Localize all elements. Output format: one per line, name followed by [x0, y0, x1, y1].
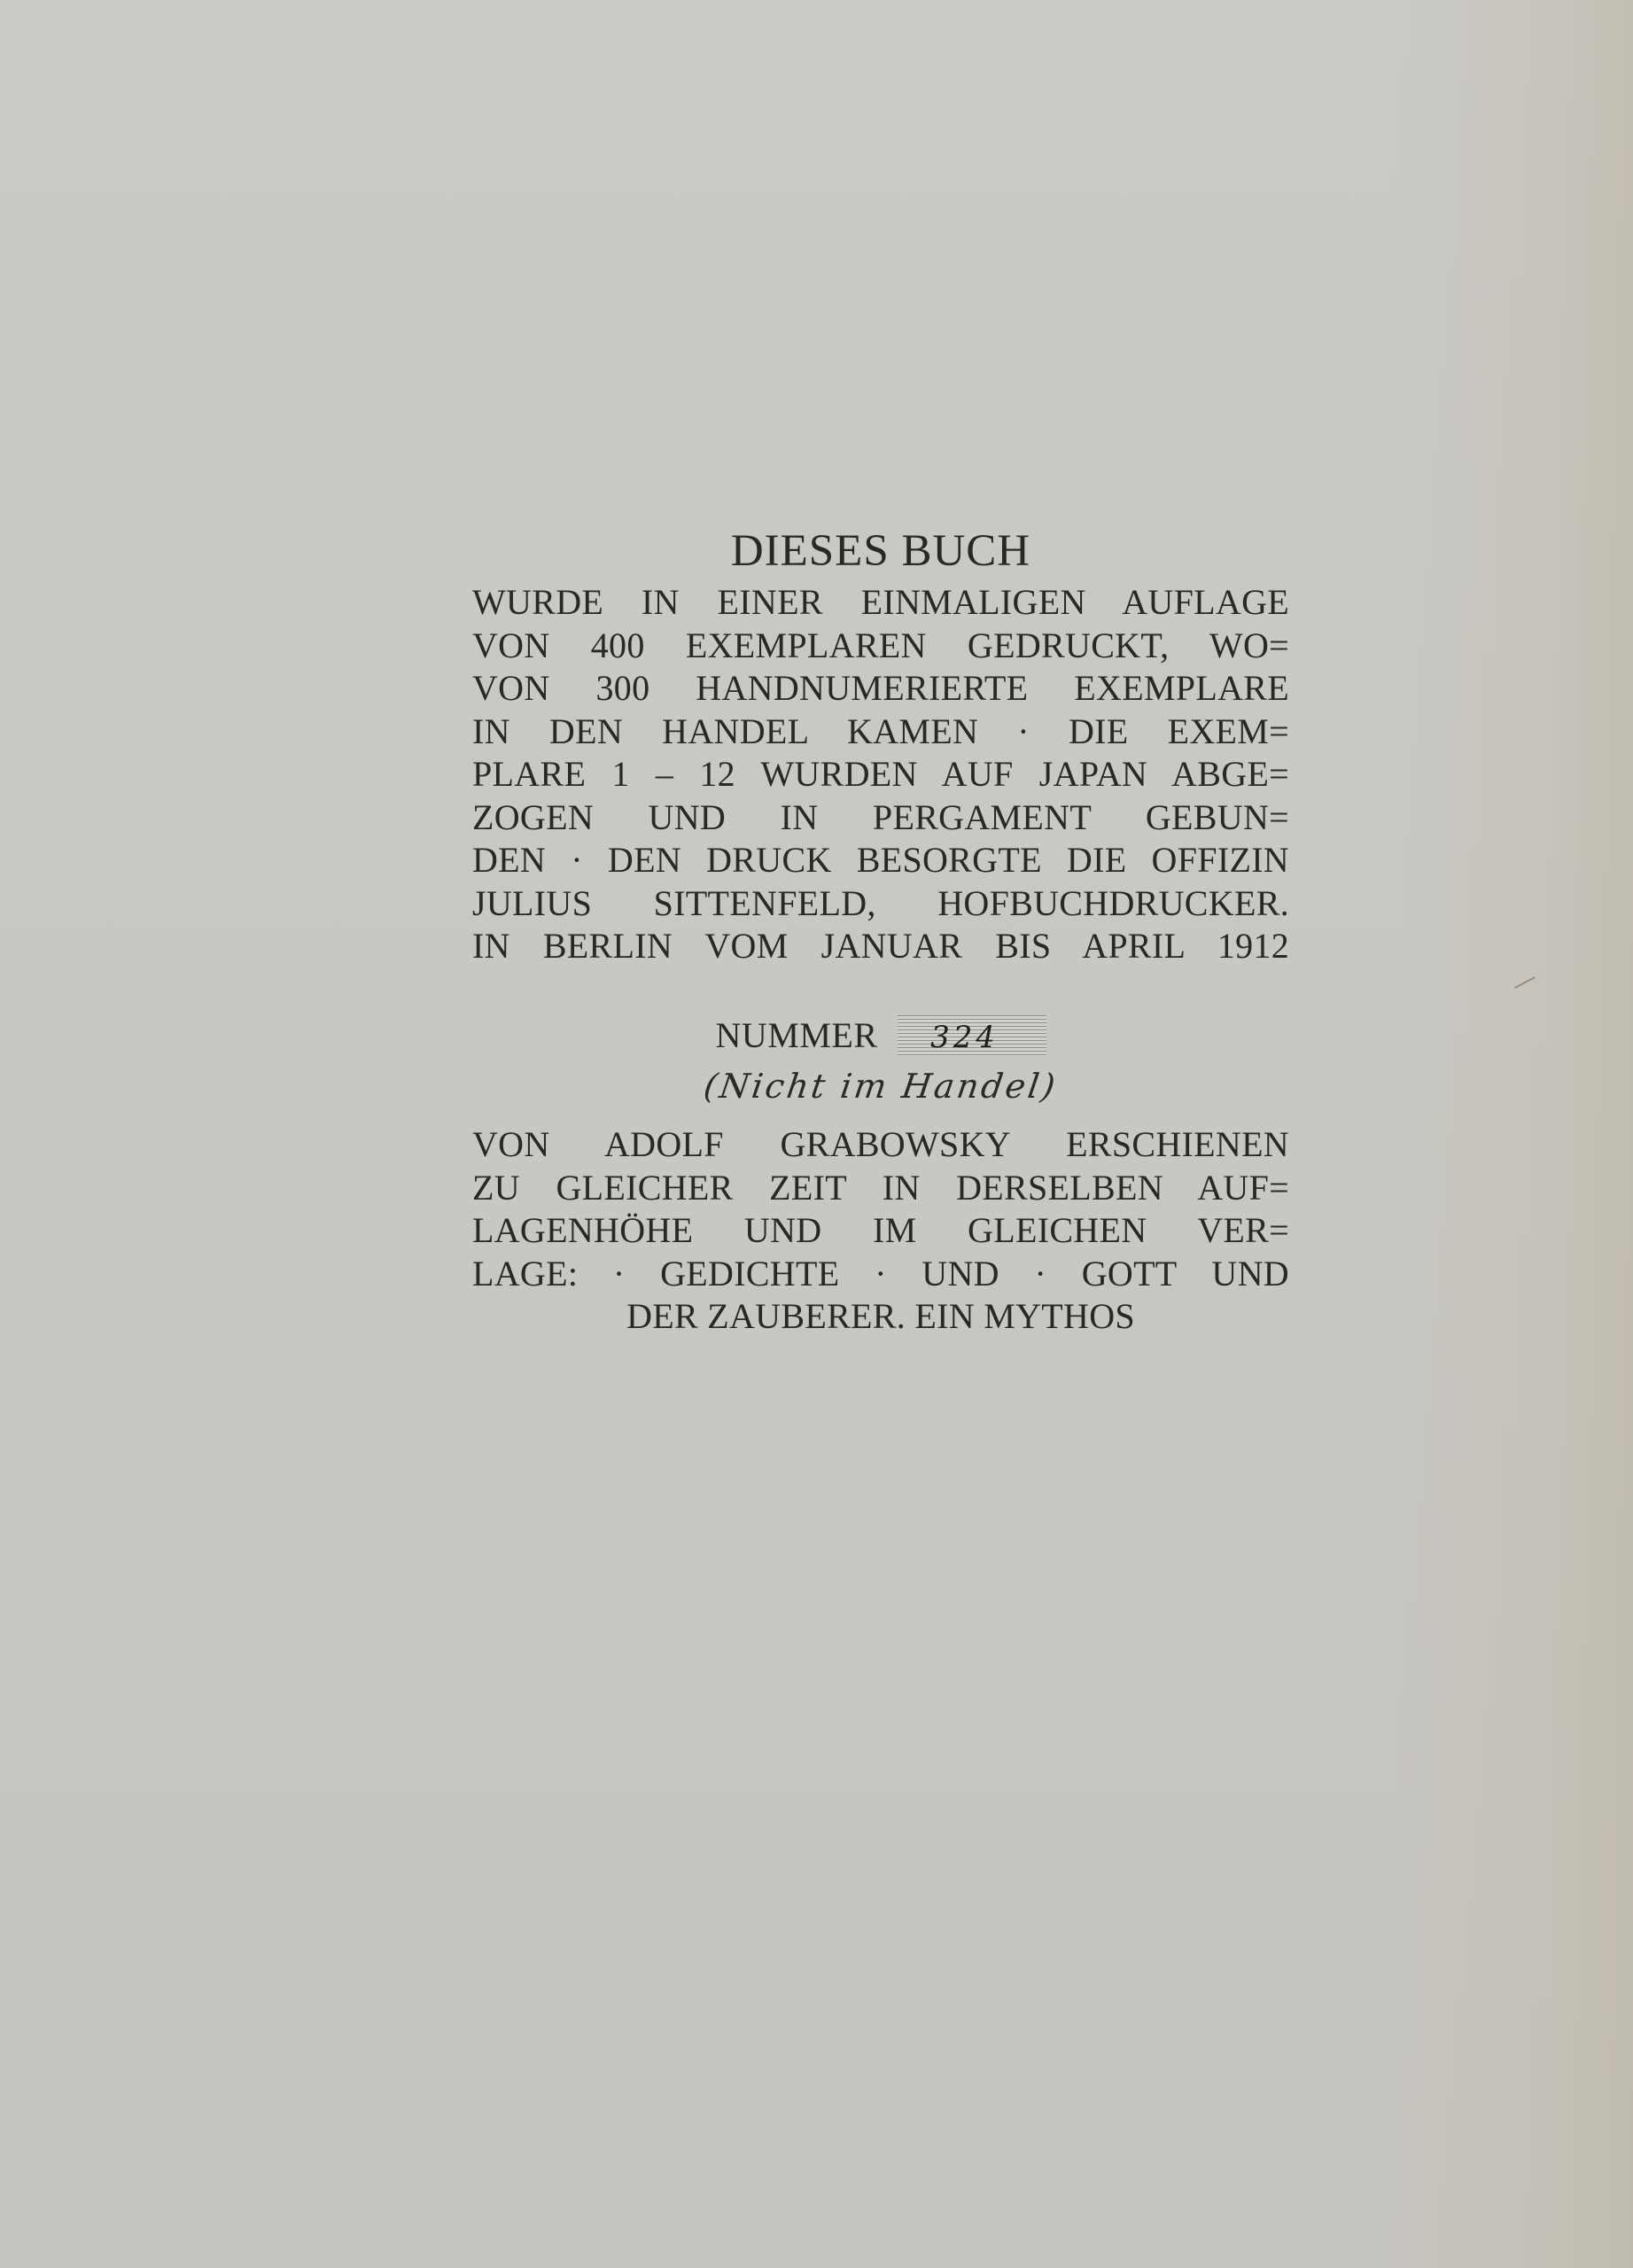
paper-speck — [1514, 976, 1536, 989]
colophon-line: DEN · DEN DRUCK BESORGTE DIE OFFIZIN — [472, 839, 1289, 882]
other-works-line: ZU GLEICHER ZEIT IN DERSELBEN AUF= — [472, 1167, 1289, 1210]
colophon-line: ZOGEN UND IN PERGAMENT GEBUN= — [472, 796, 1289, 840]
colophon-line: IN BERLIN VOM JANUAR BIS APRIL 1912 — [472, 925, 1289, 968]
book-page: DIESES BUCH WURDE IN EINER EINMALIGEN AU… — [0, 0, 1633, 2268]
other-works-paragraph: VON ADOLF GRABOWSKY ERSCHIENEN ZU GLEICH… — [472, 1123, 1289, 1339]
other-works-line: LAGE: · GEDICHTE · UND · GOTT UND — [472, 1253, 1289, 1296]
other-works-line-last: DER ZAUBERER. EIN MYTHOS — [472, 1295, 1289, 1339]
other-works-line: LAGENHÖHE UND IM GLEICHEN VER= — [472, 1209, 1289, 1253]
colophon-line: VON 300 HANDNUMERIERTE EXEMPLARE — [472, 667, 1289, 711]
edition-number-label: NUMMER — [715, 1012, 877, 1060]
edition-number-box: 324 — [898, 1015, 1046, 1056]
colophon-paragraph: WURDE IN EINER EINMALIGEN AUFLAGE VON 40… — [472, 581, 1289, 968]
colophon-line: VON 400 EXEMPLAREN GEDRUCKT, WO= — [472, 625, 1289, 668]
colophon-line: IN DEN HANDEL KAMEN · DIE EXEM= — [472, 711, 1289, 754]
other-works-line: VON ADOLF GRABOWSKY ERSCHIENEN — [472, 1123, 1289, 1167]
edition-number-value: 324 — [930, 1020, 999, 1055]
colophon-line: WURDE IN EINER EINMALIGEN AUFLAGE — [472, 581, 1289, 625]
colophon-line: JULIUS SITTENFELD, HOFBUCHDRUCKER. — [472, 882, 1289, 926]
page-title: DIESES BUCH — [472, 524, 1289, 578]
handwritten-note: (Nicht im Handel) — [469, 1060, 1293, 1113]
edition-number-row: NUMMER324 — [472, 1008, 1289, 1056]
colophon-line: PLARE 1 – 12 WURDEN AUF JAPAN ABGE= — [472, 753, 1289, 796]
